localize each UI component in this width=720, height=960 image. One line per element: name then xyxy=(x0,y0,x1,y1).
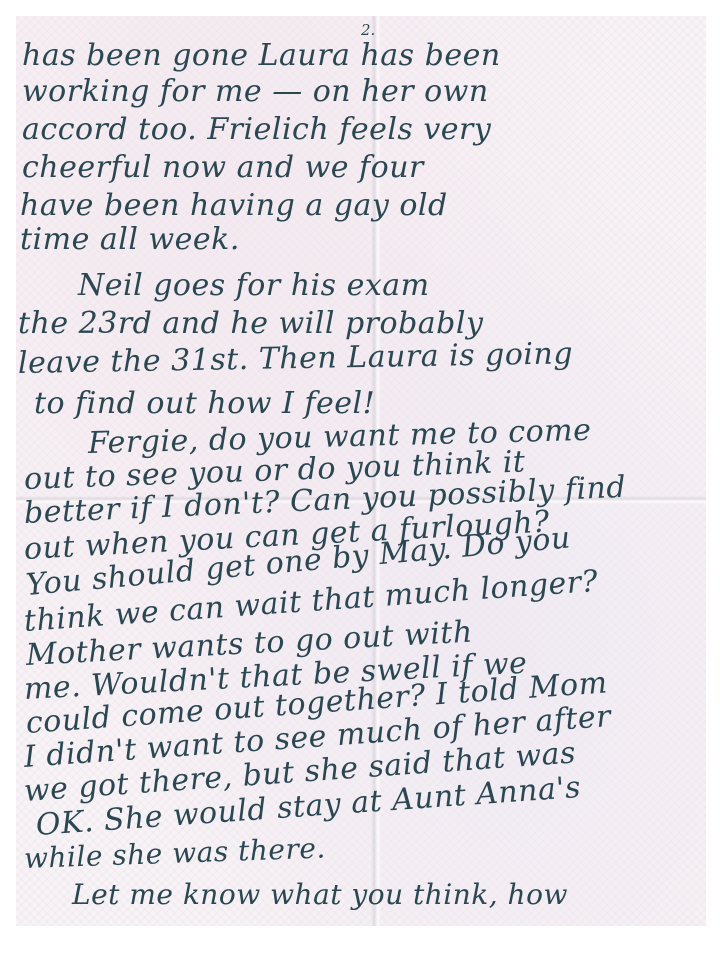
letter-line: Neil goes for his exam xyxy=(78,268,430,303)
letter-line: Let me know what you think, how xyxy=(72,878,568,911)
letter-line: working for me — on her own xyxy=(22,74,489,109)
letter-line: to find out how I feel! xyxy=(34,386,375,421)
letter-line: leave the 31st. Then Laura is going xyxy=(18,336,574,381)
handwritten-text: has been gone Laura has been working for… xyxy=(16,16,706,926)
letter-line: have been having a gay old xyxy=(20,188,448,223)
letter-line: accord too. Frielich feels very xyxy=(22,112,491,147)
letter-line: time all week. xyxy=(20,222,240,257)
letter-page: 2. has been gone Laura has been working … xyxy=(16,16,706,926)
letter-line: cheerful now and we four xyxy=(22,150,424,185)
letter-line: the 23rd and he will probably xyxy=(18,306,483,341)
letter-line: has been gone Laura has been xyxy=(22,38,501,73)
